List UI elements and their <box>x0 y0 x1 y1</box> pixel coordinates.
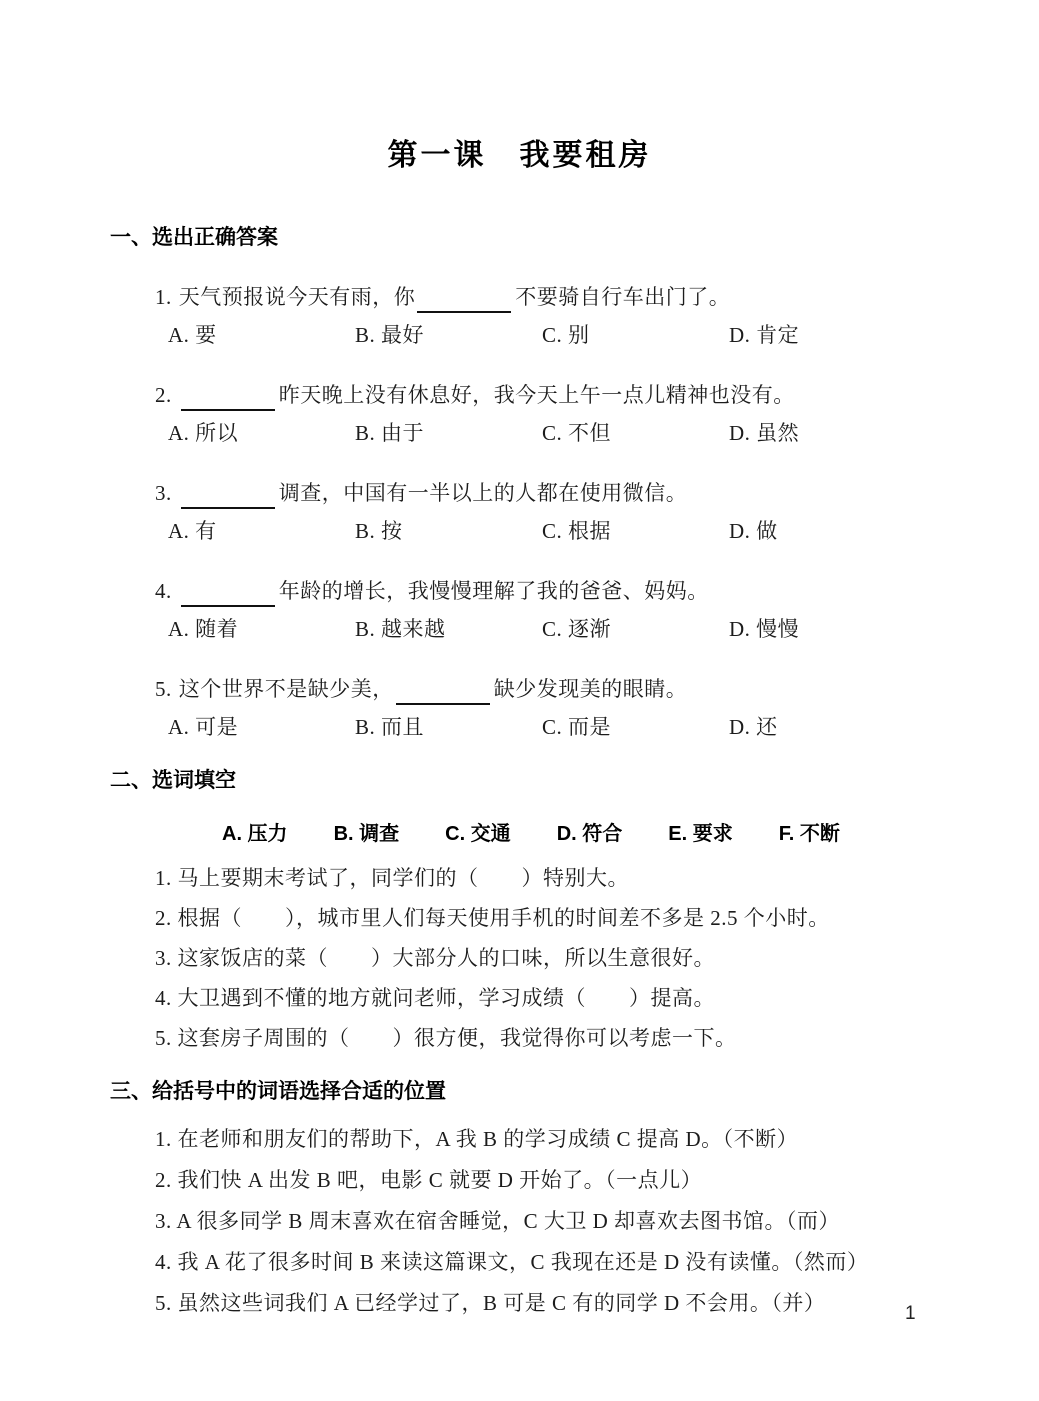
word-bank-item-d: D. 符合 <box>557 819 623 849</box>
option-a: A. 所以 <box>168 418 355 448</box>
question-line: 4.年龄的增长，我慢慢理解了我的爸爸、妈妈。 <box>155 574 1039 608</box>
answer-blank <box>181 497 275 509</box>
question-text-post: 年龄的增长，我慢慢理解了我的爸爸、妈妈。 <box>279 579 709 603</box>
option-a: A. 要 <box>168 320 355 350</box>
section-two-heading: 二、选词填空 <box>110 767 1039 795</box>
question-number: 5. <box>155 677 172 701</box>
section-two-body: A. 压力 B. 调查 C. 交通 D. 符合 E. 要求 F. 不断 1. 马… <box>155 819 1039 1053</box>
option-d: D. 还 <box>729 712 778 742</box>
word-bank-item-e: E. 要求 <box>668 819 732 849</box>
word-bank: A. 压力 B. 调查 C. 交通 D. 符合 E. 要求 F. 不断 <box>222 819 1039 849</box>
question-number: 4. <box>155 579 172 603</box>
question-text-post: 昨天晚上没有休息好，我今天上午一点儿精神也没有。 <box>279 383 795 407</box>
question-line: 1.天气预报说今天有雨，你不要骑自行车出门了。 <box>155 280 1039 314</box>
fill-items: 1. 马上要期末考试了，同学们的（ ）特别大。 2. 根据（ ），城市里人们每天… <box>155 863 1039 1053</box>
question-block-2: 2.昨天晚上没有休息好，我今天上午一点儿精神也没有。 A. 所以 B. 由于 C… <box>155 378 1039 448</box>
position-item-2: 2. 我们快 A 出发 B 吧，电影 C 就要 D 开始了。（一点儿） <box>155 1165 1039 1195</box>
fill-item-4: 4. 大卫遇到不懂的地方就问老师，学习成绩（ ）提高。 <box>155 983 1039 1013</box>
option-b: B. 由于 <box>355 418 542 448</box>
word-bank-item-c: C. 交通 <box>445 819 511 849</box>
word-bank-item-b: B. 调查 <box>334 819 400 849</box>
option-b: B. 最好 <box>355 320 542 350</box>
question-number: 2. <box>155 383 172 407</box>
fill-item-2: 2. 根据（ ），城市里人们每天使用手机的时间差不多是 2.5 个小时。 <box>155 903 1039 933</box>
question-block-5: 5.这个世界不是缺少美，缺少发现美的眼睛。 A. 可是 B. 而且 C. 而是 … <box>155 672 1039 742</box>
question-line: 3.调查，中国有一半以上的人都在使用微信。 <box>155 476 1039 510</box>
option-a: A. 可是 <box>168 712 355 742</box>
question-line: 5.这个世界不是缺少美，缺少发现美的眼睛。 <box>155 672 1039 706</box>
options-row: A. 可是 B. 而且 C. 而是 D. 还 <box>168 712 1039 742</box>
question-text-post: 调查，中国有一半以上的人都在使用微信。 <box>279 481 688 505</box>
answer-blank <box>417 301 511 313</box>
question-number: 3. <box>155 481 172 505</box>
question-text-pre: 天气预报说今天有雨，你 <box>179 285 416 309</box>
option-d: D. 虽然 <box>729 418 799 448</box>
position-item-4: 4. 我 A 花了很多时间 B 来读这篇课文，C 我现在还是 D 没有读懂。（然… <box>155 1247 1039 1277</box>
answer-blank <box>181 399 275 411</box>
section-three-body: 1. 在老师和朋友们的帮助下，A 我 B 的学习成绩 C 提高 D。（不断） 2… <box>155 1124 1039 1318</box>
option-b: B. 而且 <box>355 712 542 742</box>
options-row: A. 要 B. 最好 C. 别 D. 肯定 <box>168 320 1039 350</box>
option-c: C. 别 <box>542 320 729 350</box>
page-title: 第一课 我要租房 <box>0 0 1039 174</box>
option-c: C. 逐渐 <box>542 614 729 644</box>
section-one-heading: 一、选出正确答案 <box>110 224 1039 252</box>
fill-item-3: 3. 这家饭店的菜（ ）大部分人的口味，所以生意很好。 <box>155 943 1039 973</box>
answer-blank <box>181 595 275 607</box>
position-items: 1. 在老师和朋友们的帮助下，A 我 B 的学习成绩 C 提高 D。（不断） 2… <box>155 1124 1039 1318</box>
option-a: A. 随着 <box>168 614 355 644</box>
section-one-body: 1.天气预报说今天有雨，你不要骑自行车出门了。 A. 要 B. 最好 C. 别 … <box>155 280 1039 742</box>
question-number: 1. <box>155 285 172 309</box>
word-bank-item-f: F. 不断 <box>779 819 840 849</box>
option-d: D. 做 <box>729 516 778 546</box>
section-three-heading: 三、给括号中的词语选择合适的位置 <box>110 1078 1039 1106</box>
option-c: C. 根据 <box>542 516 729 546</box>
question-text-post: 缺少发现美的眼睛。 <box>494 677 688 701</box>
option-c: C. 不但 <box>542 418 729 448</box>
question-block-3: 3.调查，中国有一半以上的人都在使用微信。 A. 有 B. 按 C. 根据 D.… <box>155 476 1039 546</box>
question-line: 2.昨天晚上没有休息好，我今天上午一点儿精神也没有。 <box>155 378 1039 412</box>
position-item-3: 3. A 很多同学 B 周末喜欢在宿舍睡觉，C 大卫 D 却喜欢去图书馆。（而） <box>155 1206 1039 1236</box>
fill-item-1: 1. 马上要期末考试了，同学们的（ ）特别大。 <box>155 863 1039 893</box>
question-block-1: 1.天气预报说今天有雨，你不要骑自行车出门了。 A. 要 B. 最好 C. 别 … <box>155 280 1039 350</box>
fill-item-5: 5. 这套房子周围的（ ）很方便，我觉得你可以考虑一下。 <box>155 1023 1039 1053</box>
option-d: D. 肯定 <box>729 320 799 350</box>
option-c: C. 而是 <box>542 712 729 742</box>
question-text-post: 不要骑自行车出门了。 <box>515 285 730 309</box>
word-bank-item-a: A. 压力 <box>222 819 288 849</box>
worksheet-page: 第一课 我要租房 一、选出正确答案 1.天气预报说今天有雨，你不要骑自行车出门了… <box>0 0 1039 1401</box>
question-text-pre: 这个世界不是缺少美， <box>179 677 394 701</box>
option-d: D. 慢慢 <box>729 614 799 644</box>
position-item-1: 1. 在老师和朋友们的帮助下，A 我 B 的学习成绩 C 提高 D。（不断） <box>155 1124 1039 1154</box>
option-a: A. 有 <box>168 516 355 546</box>
option-b: B. 按 <box>355 516 542 546</box>
options-row: A. 所以 B. 由于 C. 不但 D. 虽然 <box>168 418 1039 448</box>
answer-blank <box>396 693 490 705</box>
option-b: B. 越来越 <box>355 614 542 644</box>
question-block-4: 4.年龄的增长，我慢慢理解了我的爸爸、妈妈。 A. 随着 B. 越来越 C. 逐… <box>155 574 1039 644</box>
options-row: A. 随着 B. 越来越 C. 逐渐 D. 慢慢 <box>168 614 1039 644</box>
page-number: 1 <box>905 1303 916 1325</box>
options-row: A. 有 B. 按 C. 根据 D. 做 <box>168 516 1039 546</box>
